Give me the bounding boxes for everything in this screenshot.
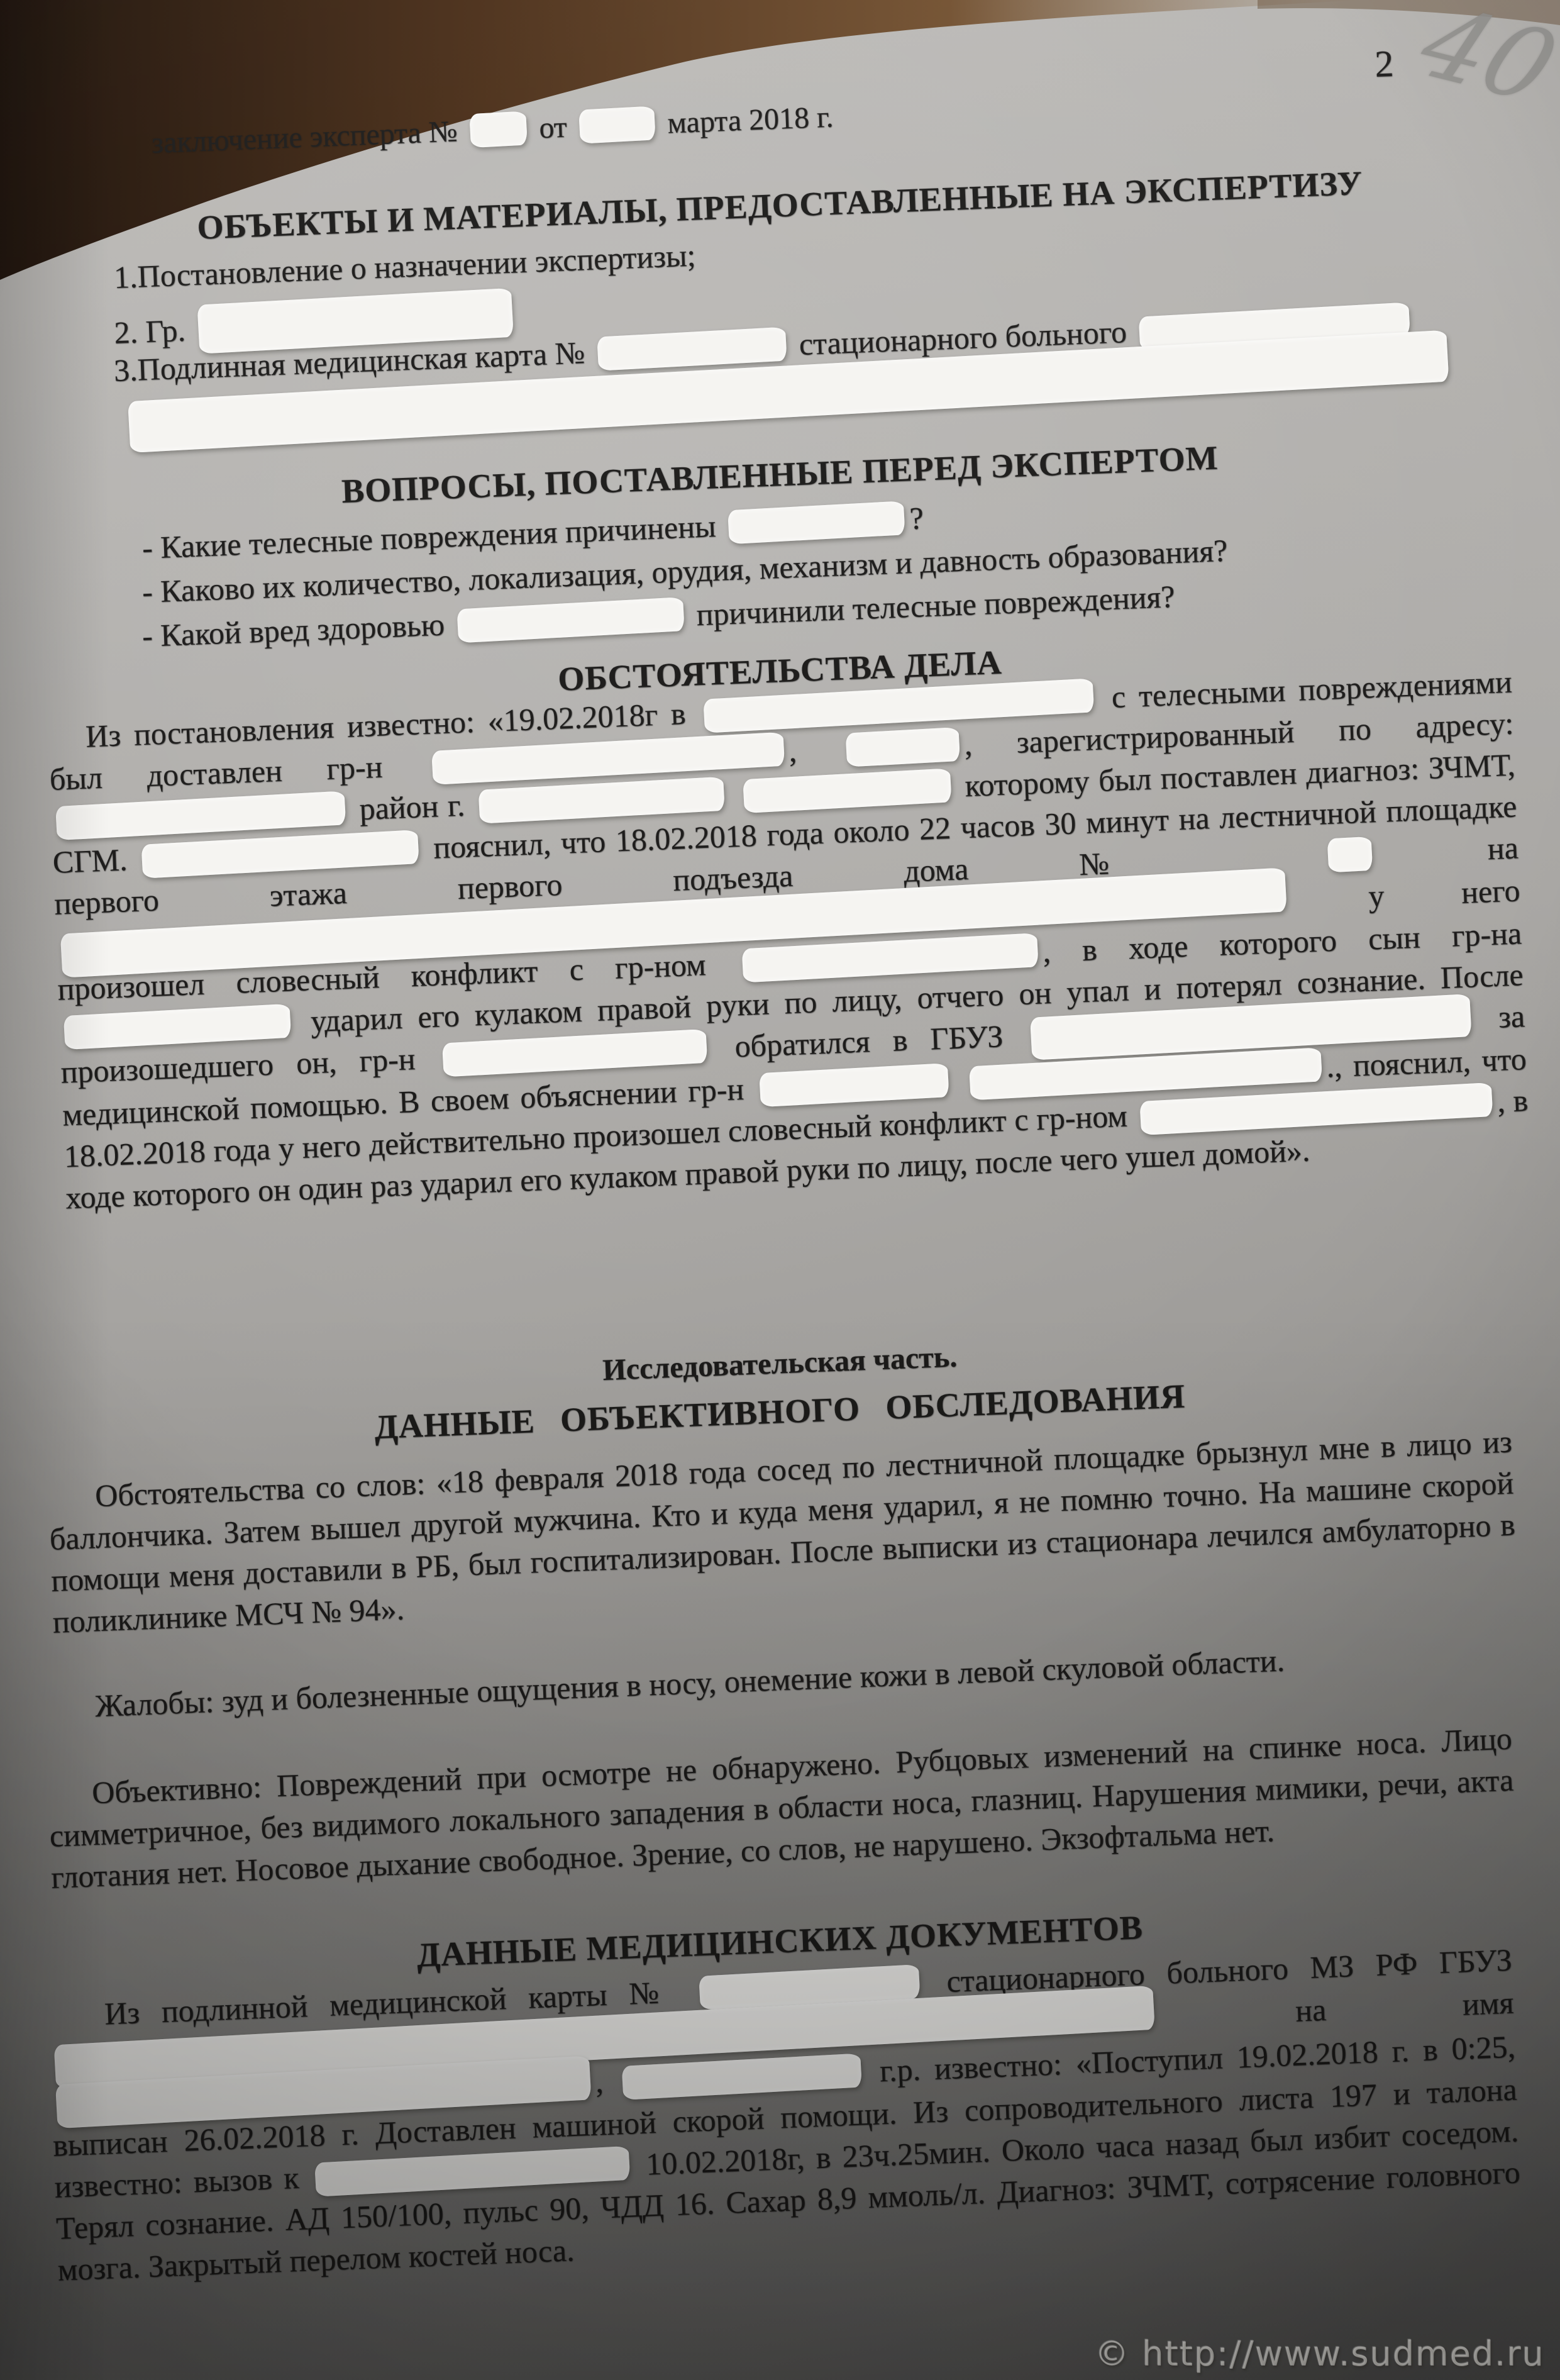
report-title: заключение эксперта № от марта 2018 г. xyxy=(151,99,834,160)
redaction-blob xyxy=(621,2053,861,2099)
redaction-blob xyxy=(314,2146,630,2197)
redaction-blob xyxy=(479,777,725,824)
redaction-blob xyxy=(759,1063,949,1107)
redaction-blob xyxy=(55,791,346,840)
redaction-blob xyxy=(64,1004,291,1050)
redaction-blob xyxy=(578,106,656,143)
redaction-blob xyxy=(728,501,906,544)
redaction-blob xyxy=(597,327,787,371)
redaction-blob xyxy=(743,768,951,813)
objective-findings-paragraph: Объективно: Повреждений при осмотре не о… xyxy=(47,1718,1516,1898)
circumstances-paragraph: Из постановления известно: «19.02.2018г … xyxy=(47,661,1530,1219)
redaction-blob xyxy=(845,727,960,767)
redaction-blob xyxy=(456,597,684,643)
redaction-blob xyxy=(431,732,785,785)
watermark: © http://www.sudmed.ru xyxy=(1095,2334,1545,2374)
redaction-blob xyxy=(969,1047,1322,1100)
redaction-blob xyxy=(469,111,528,148)
redaction-blob xyxy=(1139,1082,1493,1135)
document-photo: 2 заключение эксперта № от марта 2018 г.… xyxy=(0,0,1560,2380)
medical-documents-paragraph: Из подлинной медицинской карты № стацион… xyxy=(47,1939,1522,2291)
redaction-blob xyxy=(1030,994,1472,1060)
redaction-blob xyxy=(60,867,1287,977)
redaction-blob xyxy=(1327,837,1373,873)
objects-heading: ОБЪЕКТЫ И МАТЕРИАЛЫ, ПРЕДОСТАВЛЕННЫЕ НА … xyxy=(47,158,1513,253)
document-page: 2 заключение эксперта № от марта 2018 г.… xyxy=(0,0,1560,2380)
complaints-paragraph: Жалобы: зуд и болезненные ощущения в нос… xyxy=(47,1631,1513,1728)
redaction-blob xyxy=(141,830,419,879)
redaction-blob xyxy=(442,1029,707,1077)
redaction-blob xyxy=(54,1986,1155,2089)
redaction-blob xyxy=(742,933,1039,982)
anamnesis-paragraph: Обстоятельства со слов: «18 февраля 2018… xyxy=(47,1421,1517,1643)
page-number: 2 xyxy=(1374,42,1395,86)
